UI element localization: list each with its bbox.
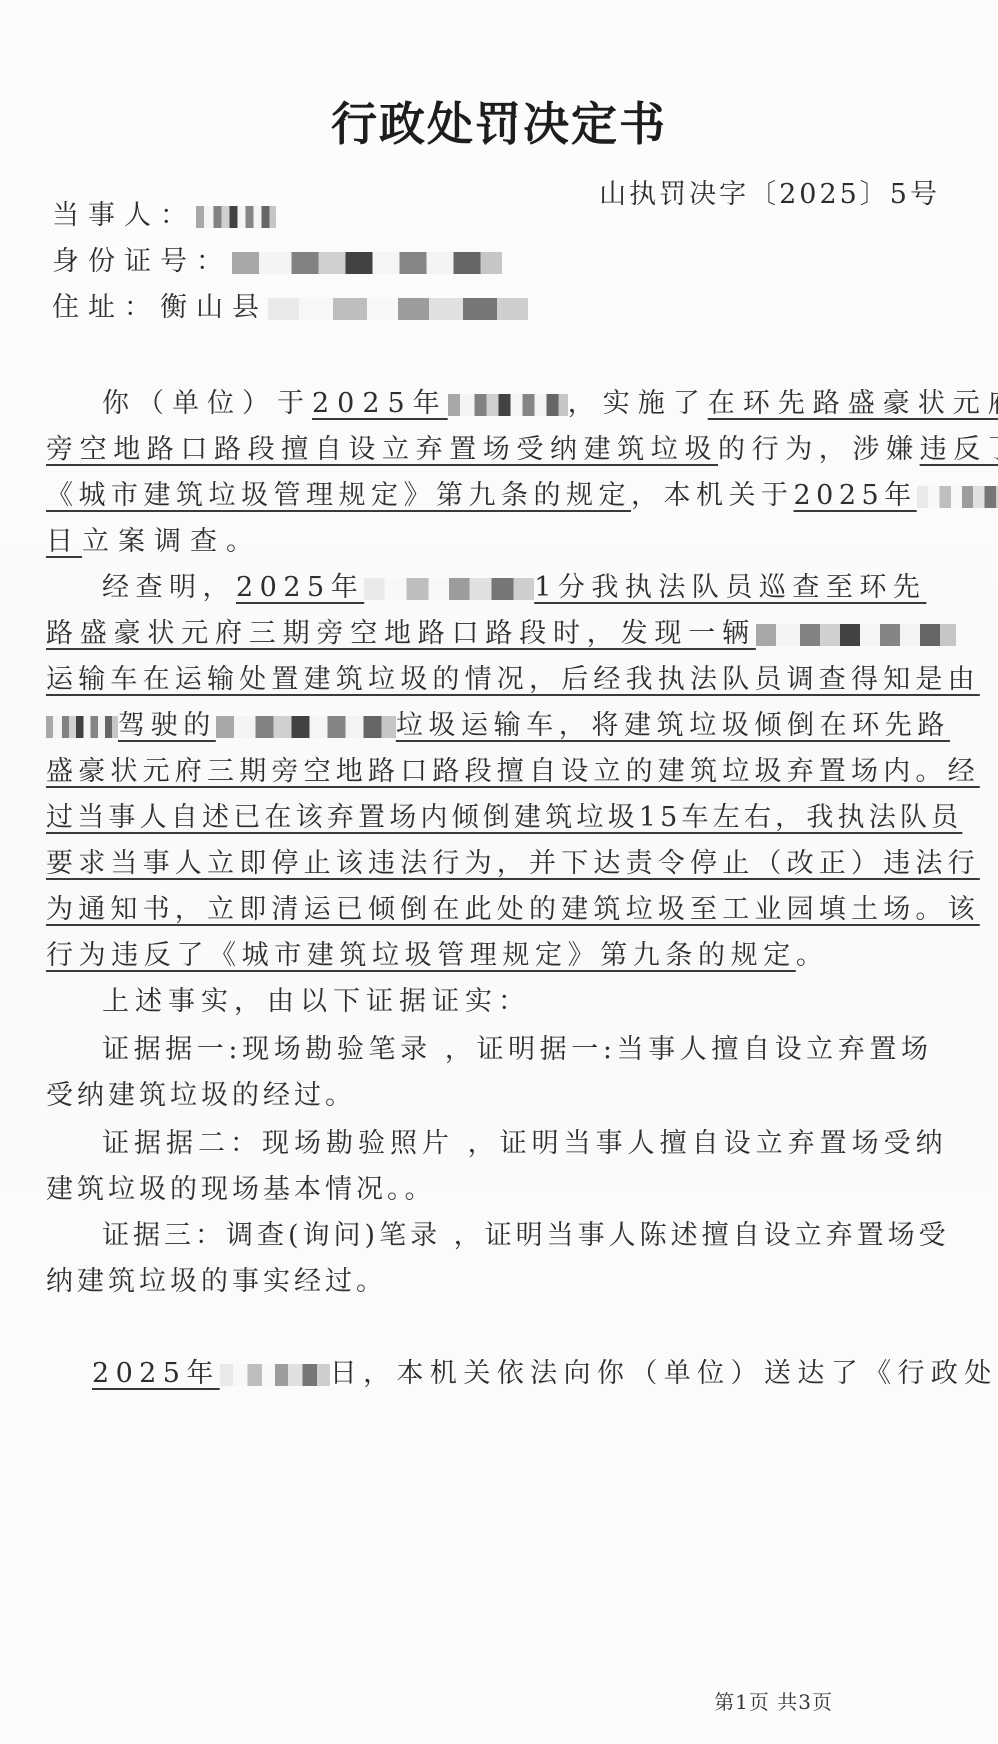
p2-line-1: 经查明，2025年1分我执法队员巡查至环先: [102, 570, 926, 606]
redacted-vehicle-plate: [216, 716, 396, 738]
p4-date: 2025年: [92, 1358, 220, 1389]
evidence-3-line-2: 纳建筑垃圾的事实经过。: [46, 1264, 387, 1300]
evidence-2-line-2: 建筑垃圾的现场基本情况。。: [46, 1172, 436, 1208]
redacted-time: [364, 578, 534, 600]
p2-line-4: 驾驶的垃圾运输车，将建筑垃圾倾倒在环先路: [46, 708, 950, 744]
p2-text: 驾驶的: [118, 710, 216, 741]
p2-line-9: 行为违反了《城市建筑垃圾管理规定》第九条的规定。: [46, 938, 828, 974]
p2-text: 1分我执法队员巡查至环先: [534, 572, 926, 603]
party-address-county: 衡山县: [160, 292, 268, 323]
p2-regulation: 行为违反了《城市建筑垃圾管理规定》第九条的规定: [46, 940, 796, 971]
evidence-3-line-1: 证据三：调查(询问)笔录 ，证明当事人陈述擅自设立弃置场受: [102, 1218, 950, 1254]
redacted-date: [220, 1364, 330, 1386]
p4-line-1: 2025年日，本机关依法向你（单位）送达了《行政处: [92, 1356, 998, 1392]
p1-line-3: 《城市建筑垃圾管理规定》第九条的规定，本机关于2025年: [46, 478, 998, 514]
document-page: 行政处罚决定书 山执罚决字〔2025〕5号 当事人： 身份证号： 住址：衡山县 …: [0, 0, 998, 1744]
p2-text: 为通知书，立即清运已倾倒在此处的建筑垃圾至工业园填土场。该: [46, 894, 980, 925]
evidence-2-line-1: 证据据二：现场勘验照片 ，证明当事人擅自设立弃置场受纳: [102, 1126, 948, 1162]
evidence-intro: 上述事实，由以下证据证实：: [102, 984, 531, 1020]
redacted-driver: [46, 716, 118, 738]
p2-text: 。: [796, 940, 829, 971]
p1-location-cont: 旁空地路口路段擅自设立弃置场受纳建筑垃圾: [46, 434, 718, 465]
document-number: 山执罚决字〔2025〕5号: [599, 172, 940, 211]
p1-text: ，实施了: [568, 388, 708, 419]
party-id-row: 身份证号：: [52, 244, 502, 280]
p1-filing-date: 2025年: [794, 480, 917, 511]
p2-line-7: 要求当事人立即停止该违法行为，并下达责令停止（改正）违法行: [46, 846, 980, 882]
redacted-name: [196, 206, 276, 228]
p1-line-4: 日立案调查。: [46, 524, 262, 560]
p1-location: 在环先路盛豪状元府三期: [708, 388, 998, 419]
p2-line-6: 过当事人自述已在该弃置场内倾倒建筑垃圾15车左右，我执法队员: [46, 800, 962, 836]
p2-text: 运输车在运输处置建筑垃圾的情况，后经我执法队员调查得知是由: [46, 664, 980, 695]
redacted-date: [917, 486, 998, 508]
p2-text: 垃圾运输车，将建筑垃圾倾倒在环先路: [396, 710, 950, 741]
p1-violation: 违反了: [920, 434, 998, 465]
p1-day: 日: [46, 526, 82, 557]
p2-text: 要求当事人立即停止该违法行为，并下达责令停止（改正）违法行: [46, 848, 980, 879]
p2-text: 经查明，: [102, 572, 236, 603]
redacted-address: [268, 298, 528, 320]
p4-text: 日，本机关依法向你（单位）送达了《行政处: [330, 1358, 998, 1389]
p2-date: 2025年: [236, 572, 364, 603]
p1-line-1: 你（单位）于2025年，实施了在环先路盛豪状元府三期: [102, 386, 998, 422]
page-number: 第1页 共3页: [714, 1686, 833, 1715]
party-id-label: 身份证号：: [52, 246, 232, 277]
p2-line-3: 运输车在运输处置建筑垃圾的情况，后经我执法队员调查得知是由: [46, 662, 980, 698]
evidence-1-line-1: 证据据一:现场勘验笔录 ，证明据一:当事人擅自设立弃置场: [102, 1032, 933, 1068]
party-address-label: 住址：: [52, 292, 160, 323]
redacted-date: [448, 394, 568, 416]
redacted-id-number: [232, 252, 502, 274]
evidence-1-line-2: 受纳建筑垃圾的经过。: [46, 1078, 356, 1114]
p1-line-2: 旁空地路口路段擅自设立弃置场受纳建筑垃圾的行为，涉嫌违反了: [46, 432, 998, 468]
p2-text: 过当事人自述已在该弃置场内倾倒建筑垃圾15车左右，我执法队员: [46, 802, 962, 833]
document-title: 行政处罚决定书: [0, 88, 998, 154]
party-name-label: 当事人：: [52, 200, 196, 231]
p1-text: 你（单位）于: [102, 388, 312, 419]
p1-date: 2025年: [312, 388, 448, 419]
p1-regulation: 《城市建筑垃圾管理规定》第九条的规定: [46, 480, 631, 511]
p1-text: 立案调查。: [82, 526, 262, 557]
p2-text: 盛豪状元府三期旁空地路口路段擅自设立的建筑垃圾弃置场内。经: [46, 756, 980, 787]
p1-text: 的行为，涉嫌: [718, 434, 920, 465]
p2-line-5: 盛豪状元府三期旁空地路口路段擅自设立的建筑垃圾弃置场内。经: [46, 754, 980, 790]
p2-text: 路盛豪状元府三期旁空地路口路段时，发现一辆: [46, 618, 756, 649]
p2-line-8: 为通知书，立即清运已倾倒在此处的建筑垃圾至工业园填土场。该: [46, 892, 980, 928]
party-name-row: 当事人：: [52, 198, 276, 234]
redacted-vehicle: [756, 624, 956, 646]
party-address-row: 住址：衡山县: [52, 290, 528, 326]
p2-line-2: 路盛豪状元府三期旁空地路口路段时，发现一辆: [46, 616, 956, 652]
p1-text: ，本机关于: [631, 480, 794, 511]
